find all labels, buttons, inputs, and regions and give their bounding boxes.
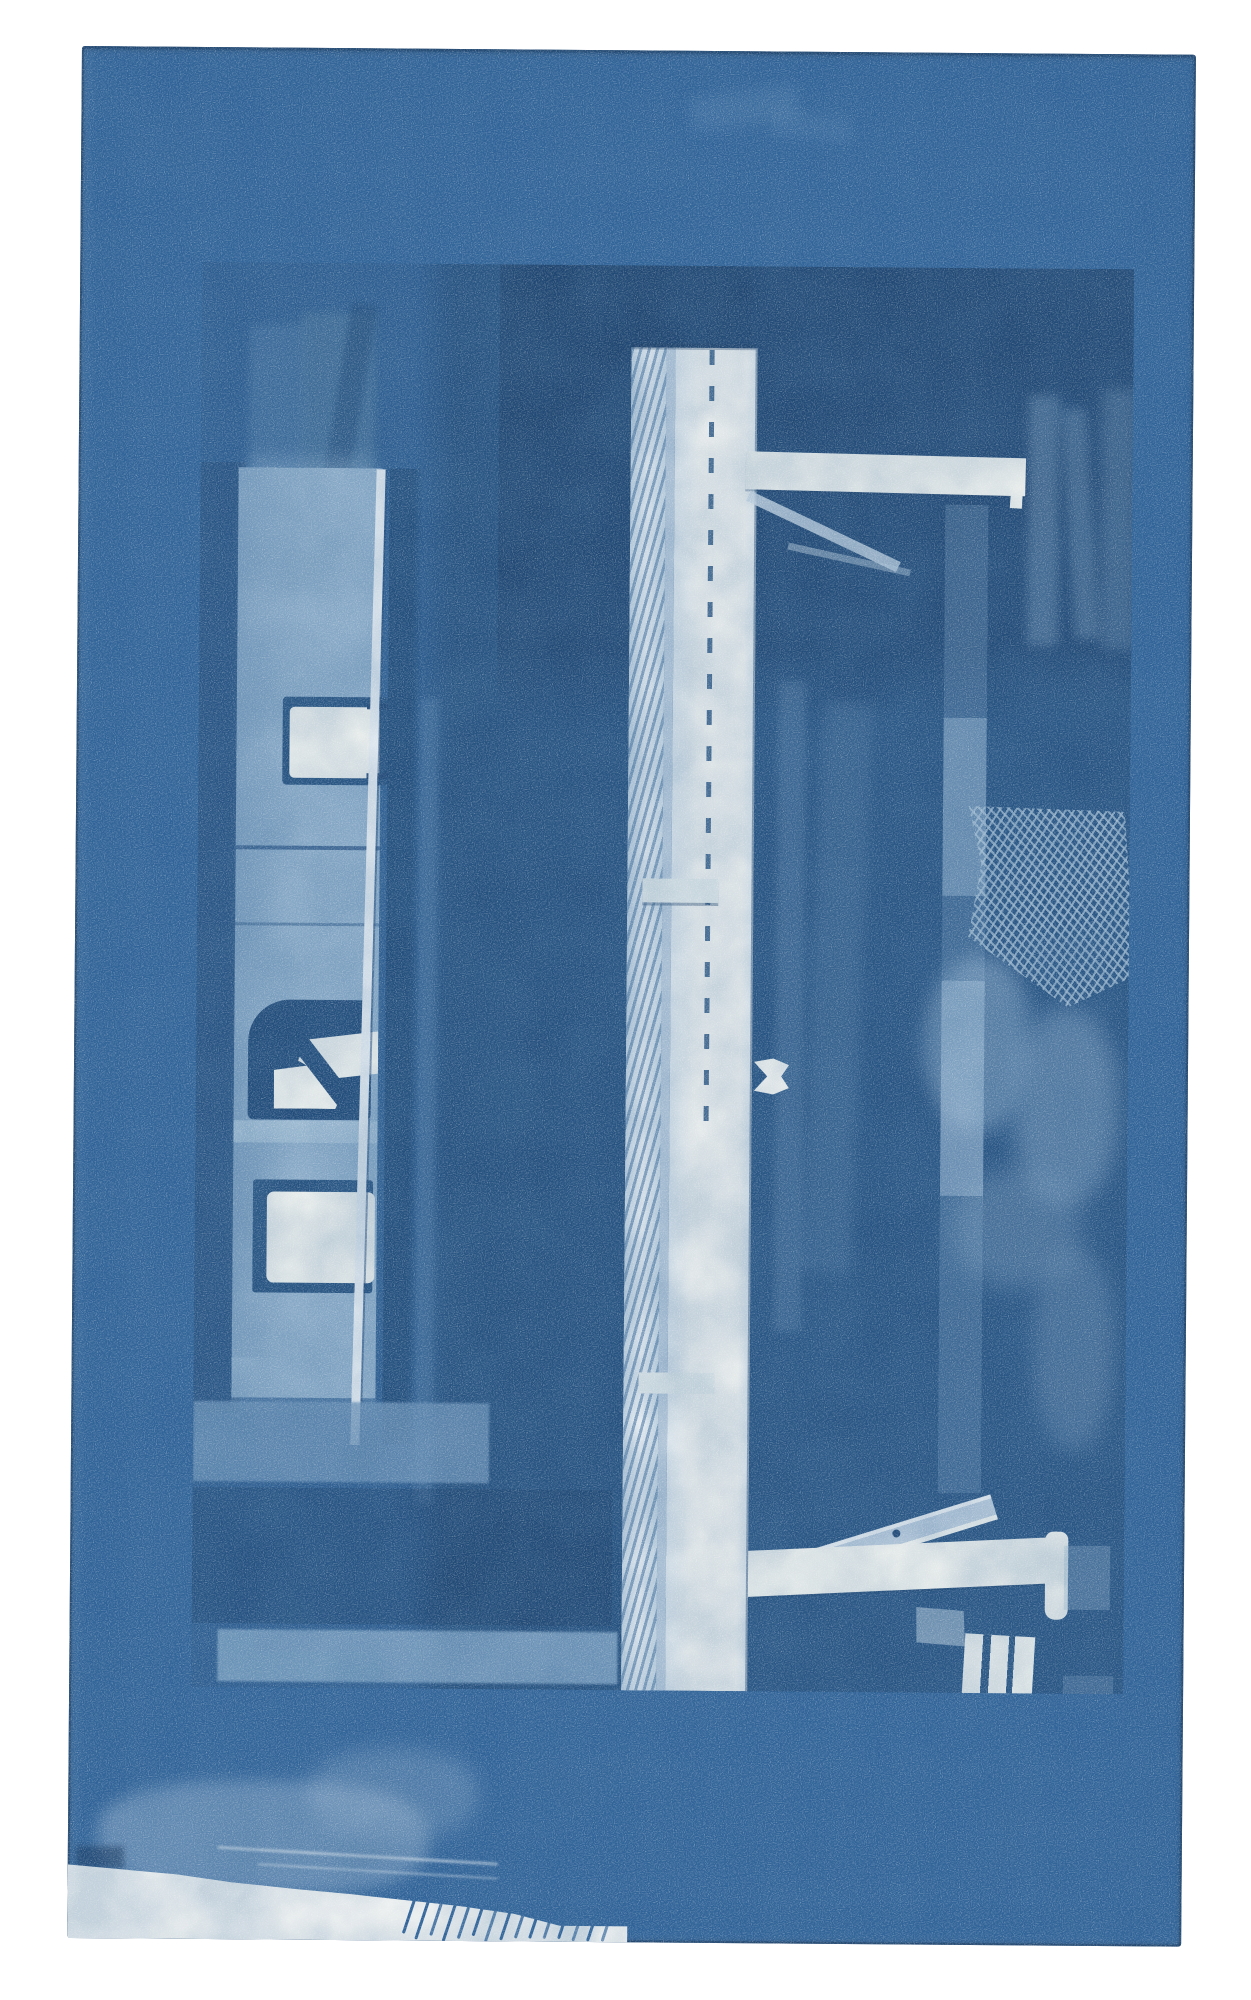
wispy-stain-streak [1101,389,1134,649]
photo-image-area [191,262,1134,1694]
wispy-stain-streak [1027,395,1059,645]
ghost-furniture-shape [249,324,306,474]
print-top-edge-shadow [82,46,1196,58]
light-stain-blob [1033,1249,1115,1450]
striped-shutter-piece [961,1633,1035,1694]
platform-light-band [193,1401,490,1483]
dark-corner-patch [76,1846,124,1868]
beam-upper-arm [745,451,1026,496]
board-bolt-dot [892,1529,900,1537]
upper-arm-end-tick [1010,486,1023,509]
platform-dark-band [192,1487,613,1626]
beam-connector [642,878,718,903]
cyanotype-print [67,46,1196,1947]
faint-panel [1063,1676,1113,1694]
pale-haze-patch [308,1748,479,1839]
faint-panel [1064,1546,1111,1610]
platform-light-band [217,1629,617,1684]
band-highlight-strip [233,1120,377,1143]
beam-top-edge-shadow [632,343,756,350]
scanned-page [0,0,1251,2000]
margin-stain-wisp [770,109,852,144]
brush-bristle-streaks [407,1869,623,1943]
beam-connector [638,1372,714,1394]
